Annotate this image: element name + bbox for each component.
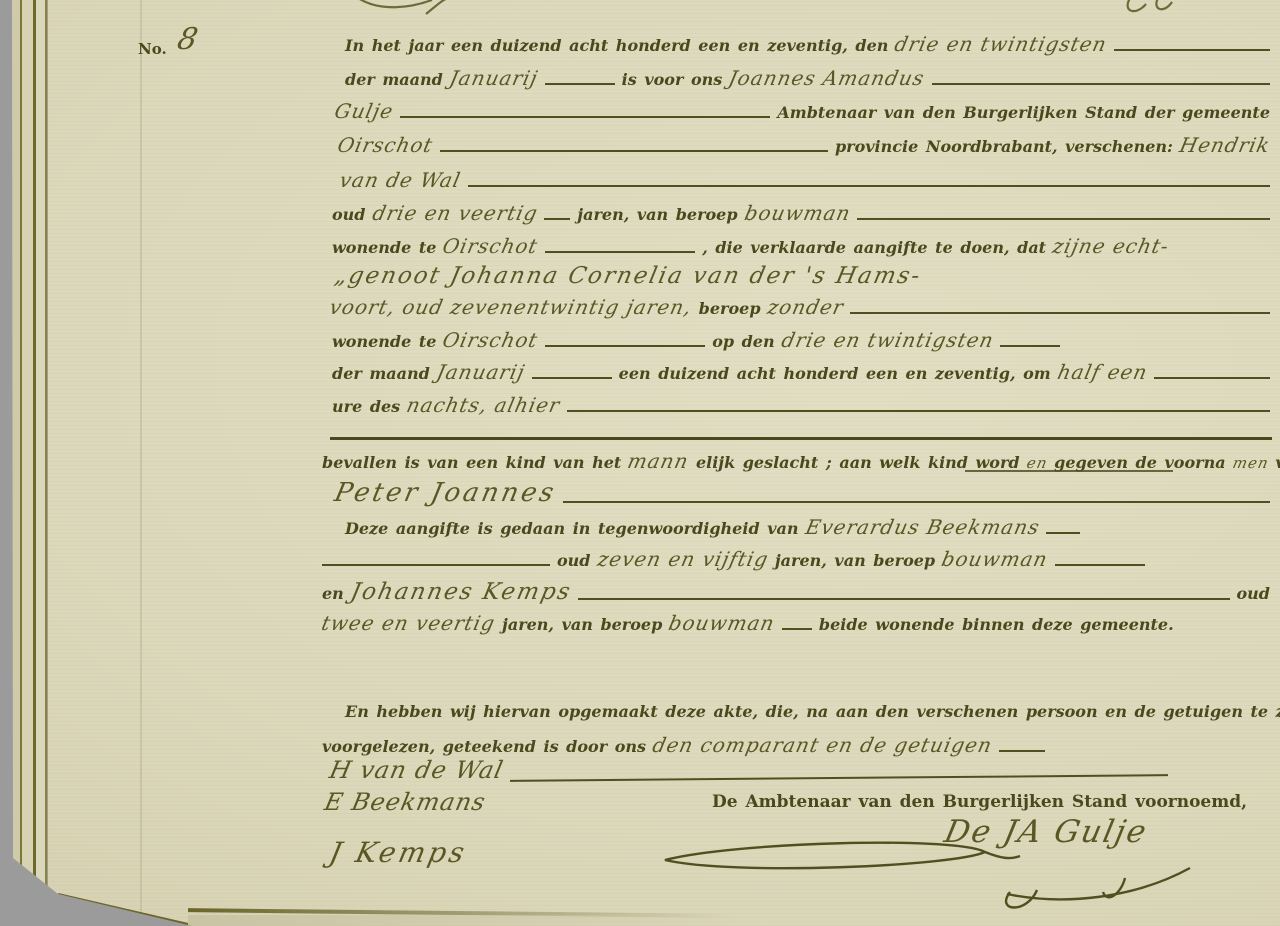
printed-text: beide wonende binnen deze gemeente. [819,615,1174,634]
official-signature: De JA Gulje [941,814,1151,850]
fill-line [440,150,828,152]
fill-line [1114,49,1270,51]
handwritten-signing-parties: den comparant en de getuigen [650,733,994,757]
printed-text: is voor ons [622,70,723,89]
witness1-signature: E Beekmans [322,788,489,816]
signature-declarant-row: H van de Wal [330,756,1168,784]
handwritten-birth-month: Januarij [434,360,527,384]
handwritten-mother-name: „genoot Johanna Cornelia van der 's Hams… [332,263,924,289]
printed-text: In het jaar een duizend acht honderd een… [345,36,888,55]
fill-line [510,774,1168,782]
printed-text: provincie Noordbrabant, verschenen: [835,137,1173,156]
handwritten-witness2-age: twee en veertig [319,611,497,635]
page-stack-edge [36,0,47,926]
printed-text: beroep [699,299,761,318]
page-stack-edge [22,0,36,926]
act-line-8: „genoot Johanna Cornelia van der 's Hams… [335,263,921,289]
printed-text: oud [1237,584,1271,603]
printed-text: gegeven de voorna [1054,453,1225,472]
handwritten-registrar-surname: Gulje [332,99,395,123]
act-number-label: No. [138,40,167,58]
act-line-6: oud drie en veertig jaren, van beroep bo… [332,201,1270,225]
fill-line [1046,532,1080,534]
page-stack-edge [12,0,22,926]
official-signature-block: De JA Gulje [655,808,1215,913]
handwritten-municipality: Oirschot [335,133,435,157]
act-number-handwritten: 8 [174,22,202,57]
handwritten-mother-age: voort, oud zevenentwintig jaren, [327,295,694,319]
fill-line [850,312,1270,314]
printed-text: op den [712,332,774,351]
printed-text: En hebben wij hiervan opgemaakt deze akt… [345,702,1280,721]
fill-line [578,598,1229,600]
fill-line [857,218,1270,220]
fill-line [532,377,612,379]
fill-line [999,750,1045,752]
signature-witness1-row: E Beekmans [325,788,486,816]
handwritten-witness1-name: Everardus Beekmans [803,515,1042,539]
declarant-signature: H van de Wal [327,756,506,784]
handwritten-suffix: men [1231,454,1271,472]
printed-text: oud [557,551,591,570]
witness-line-1: Deze aangifte is gedaan in tegenwoordigh… [345,515,1270,539]
printed-text: Deze aangifte is gedaan in tegenwoordigh… [345,519,799,538]
handwritten-mother-occupation: zonder [765,295,846,319]
printed-text: jaren, van beroep [775,551,935,570]
printed-text: der maand [332,364,430,383]
handwritten-child-names: Peter Joannes [332,478,559,508]
witness2-signature: J Kemps [326,836,470,869]
cutoff-previous-entry-marks [340,0,1220,20]
handwritten-occupation: bouwman [742,201,853,225]
witness-line-2: oud zeven en vijftig jaren, van beroep b… [322,547,1270,571]
page-crease [140,0,142,926]
section-divider-rule [330,437,1272,440]
printed-text: oud [332,205,366,224]
register-book: No. 8 In het jaar een duizend acht honde… [0,0,1280,926]
printed-text: der maand [345,70,443,89]
printed-text: voorgelezen, geteekend is door ons [322,737,646,756]
handwritten-declarant-firstname: Hendrik [1177,133,1272,157]
handwritten-birth-hour: half een [1055,360,1150,384]
printed-text: en [322,584,344,603]
handwritten-witness2-name: Johannes Kemps [348,579,574,605]
closing-line-2: voorgelezen, geteekend is door ons den c… [322,733,1240,757]
fill-line [563,501,1270,503]
printed-text: , die verklaarde aangifte te doen, dat [702,238,1046,257]
act-line-11: der maand Januarij een duizend acht hond… [332,360,1270,384]
handwritten-gender: mann [626,449,692,473]
handwritten-birth-day: drie en twintigsten [779,328,996,352]
fill-line [544,218,570,220]
closing-line-1: En hebben wij hiervan opgemaakt deze akt… [345,702,1266,721]
fill-line [567,410,1270,412]
birth-line-1: bevallen is van een kind van het mann el… [322,449,1270,473]
printed-text: elijk geslacht ; aan welk kind word [696,453,1020,472]
underlying-page-edge [188,915,748,926]
fill-line [322,564,550,566]
fill-line [1055,564,1145,566]
fill-line [1154,377,1270,379]
witness-line-3: en Johannes Kemps oud [322,579,1270,605]
handwritten-suffix: en [1025,454,1049,472]
handwritten-residence: Oirschot [441,328,541,352]
signature-witness2-row: J Kemps [330,836,467,869]
printed-text: jaren, van beroep [502,615,662,634]
act-number-value: 8 [178,22,198,57]
handwritten-time-of-day: nachts, alhier [405,393,563,417]
act-line-4: Oirschot provincie Noordbrabant, versche… [338,133,1270,157]
printed-text: een duizend acht honderd een en zeventig… [619,364,1051,383]
fill-line [782,628,812,630]
handwritten-month: Januarij [447,66,540,90]
handwritten-registrar-firstnames: Joannes Amandus [727,66,927,90]
fill-line [400,116,770,118]
witness-line-4: twee en veertig jaren, van beroep bouwma… [322,611,1270,635]
printed-text: wonende te [332,332,436,351]
printed-text: van [1275,453,1280,472]
printed-text: bevallen is van een kind van het [322,453,621,472]
act-line-7: wonende te Oirschot , die verklaarde aan… [332,234,1270,258]
printed-text: wonende te [332,238,436,257]
handwritten-text: zijne echt- [1051,234,1172,258]
act-line-12: ure des nachts, alhier [332,393,1270,417]
handwritten-date-day: drie en twintigsten [893,32,1110,56]
fill-line [545,251,695,253]
act-line-2: der maand Januarij is voor ons Joannes A… [345,66,1270,90]
printed-text: jaren, van beroep [577,205,737,224]
fill-line [468,185,1270,187]
fill-line [545,83,615,85]
printed-text: Ambtenaar van den Burgerlijken Stand der… [777,103,1270,122]
scanned-register-page: { "colors": { "scanner_background": "#9b… [0,0,1280,926]
act-line-1: In het jaar een duizend acht honderd een… [345,32,1270,56]
handwritten-witness2-occupation: bouwman [667,611,778,635]
birth-line-2: Peter Joannes [335,478,1270,508]
fill-line [932,83,1270,85]
handwritten-age: drie en veertig [370,201,540,225]
act-number: No. [138,40,167,58]
printed-text: ure des [332,397,400,416]
act-line-10: wonende te Oirschot op den drie en twint… [332,328,1270,352]
act-line-3: Gulje Ambtenaar van den Burgerlijken Sta… [335,99,1270,123]
handwritten-residence: Oirschot [441,234,541,258]
handwritten-declarant-surname: van de Wal [337,168,463,192]
fill-line [1000,345,1060,347]
act-line-5: van de Wal [340,168,1270,192]
fill-line [545,345,705,347]
act-line-9: voort, oud zevenentwintig jaren, beroep … [330,295,1270,319]
handwritten-witness1-age: zeven en vijftig [595,547,770,571]
handwritten-witness1-occupation: bouwman [940,547,1051,571]
